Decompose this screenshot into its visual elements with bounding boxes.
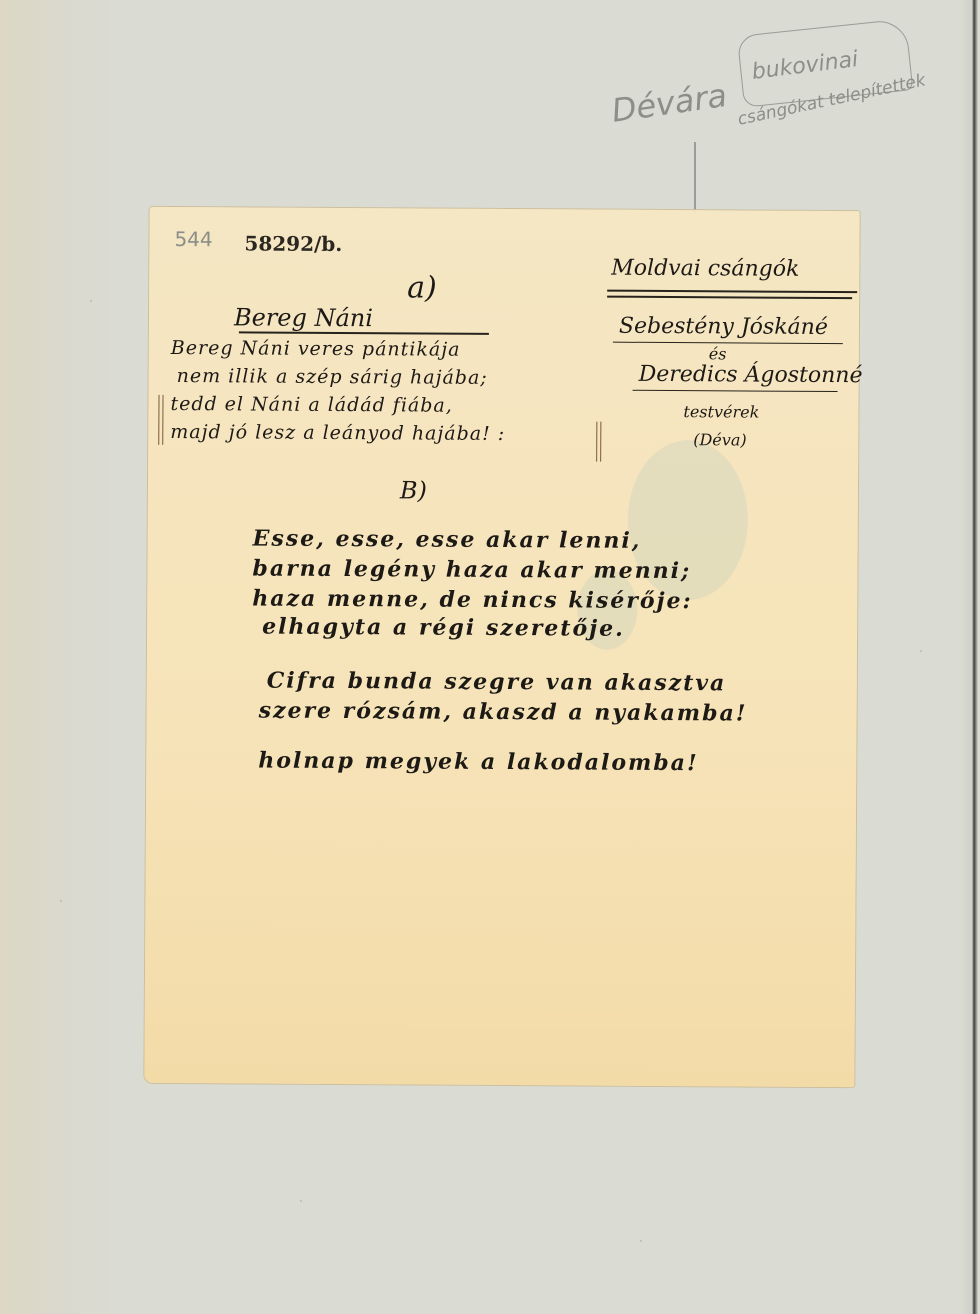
verse-b-line-2: barna legény haza akar menni; [252, 555, 691, 584]
song-title: Bereg Náni [234, 303, 373, 332]
verse-b2-line-3: holnap megyek a lakodalomba! [258, 748, 699, 777]
relation: testvérek [683, 402, 759, 421]
header-double-underline [607, 296, 852, 299]
paper-speck [90, 300, 92, 302]
paper-speck [60, 900, 62, 902]
header-title: Moldvai csángók [611, 256, 799, 282]
performer-2: Deredics Ágostonné [639, 362, 863, 388]
performer-2-underline [633, 390, 838, 392]
repeat-bar-right [596, 422, 597, 462]
place: (Déva) [693, 430, 746, 449]
paper-speck [300, 1200, 302, 1202]
inventory-number: 58292/b. [244, 231, 342, 256]
performer-1-underline [613, 342, 843, 344]
verse-a-line-1: Bereg Náni veres pántikája [171, 337, 461, 361]
verse-b2-line-1: Cifra bunda szegre van akasztva [267, 668, 727, 697]
title-underline [239, 331, 489, 335]
repeat-bar-right [600, 422, 601, 462]
header-double-underline [607, 290, 857, 294]
verse-b-line-3: haza menne, de nincs kisérője: [252, 585, 693, 614]
section-b-label: B) [400, 476, 427, 504]
paper-speck [640, 1240, 642, 1242]
manuscript-card: 544 58292/b. a) Bereg Náni Bereg Náni ve… [144, 207, 859, 1087]
verse-b-line-4: elhagyta a régi szeretője. [262, 614, 625, 642]
verse-a-line-2: nem illik a szép sárig hajába; [177, 365, 488, 389]
repeat-bar-left [162, 395, 163, 445]
verse-a-line-4: majd jó lesz a leányod hajába! : [170, 421, 505, 445]
verse-b-line-1: Esse, esse, esse akar lenni, [253, 525, 642, 553]
paper-speck [920, 650, 922, 652]
conjunction: és [709, 344, 727, 363]
verse-b2-line-2: szere rózsám, akaszd a nyakamba! [259, 698, 748, 727]
inventory-prefix: 544 [174, 227, 212, 251]
performer-1: Sebestény Jóskáné [619, 314, 828, 340]
repeat-bar-left [158, 395, 159, 445]
section-a-label: a) [407, 270, 437, 305]
verse-a-line-3: tedd el Náni a ládád fiába, [170, 393, 452, 417]
